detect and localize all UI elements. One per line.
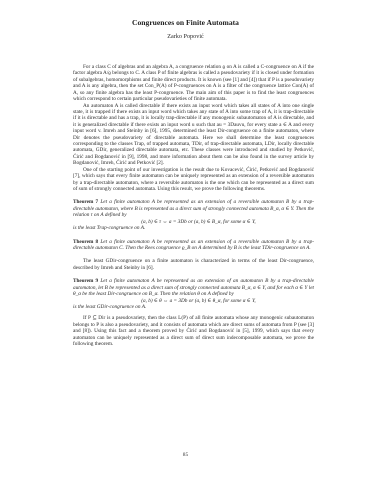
theorem-7-text: Let a finite automaton A be represented … xyxy=(73,199,314,218)
page-number: 85 xyxy=(0,452,371,458)
theorem-7-label: Theorem 7 xyxy=(73,199,98,205)
paper-body: For a class C of algebras and an algebra… xyxy=(73,64,314,347)
theorem-8-label: Theorem 8 xyxy=(73,239,98,245)
paper-title: Congruences on Finite Automata xyxy=(0,18,371,27)
paragraph-closing: If P ⊆ Dir is a pseudovariety, then the … xyxy=(73,315,314,347)
paragraph-gdir-note: The least GDir-congruence on a finite au… xyxy=(73,258,314,271)
theorem-8: Theorem 8 Let a finite automaton A be re… xyxy=(73,239,314,252)
paragraph-intro: For a class C of algebras and an algebra… xyxy=(73,64,314,103)
paragraph-directable: An automaton A is called directable if t… xyxy=(73,103,314,167)
theorem-7: Theorem 7 Let a finite automaton A be re… xyxy=(73,199,314,218)
paper-author: Zarko Popović xyxy=(0,33,371,40)
theorem-8-text: Let a finite automaton A be represented … xyxy=(73,239,314,251)
theorem-9-text: Let a finite automaton A be represented … xyxy=(73,278,314,297)
paragraph-starting-point: One of the starting point of our investi… xyxy=(73,167,314,193)
theorem-9: Theorem 9 Let a finite automaton A be re… xyxy=(73,278,314,297)
theorem-9-label: Theorem 9 xyxy=(73,278,98,284)
